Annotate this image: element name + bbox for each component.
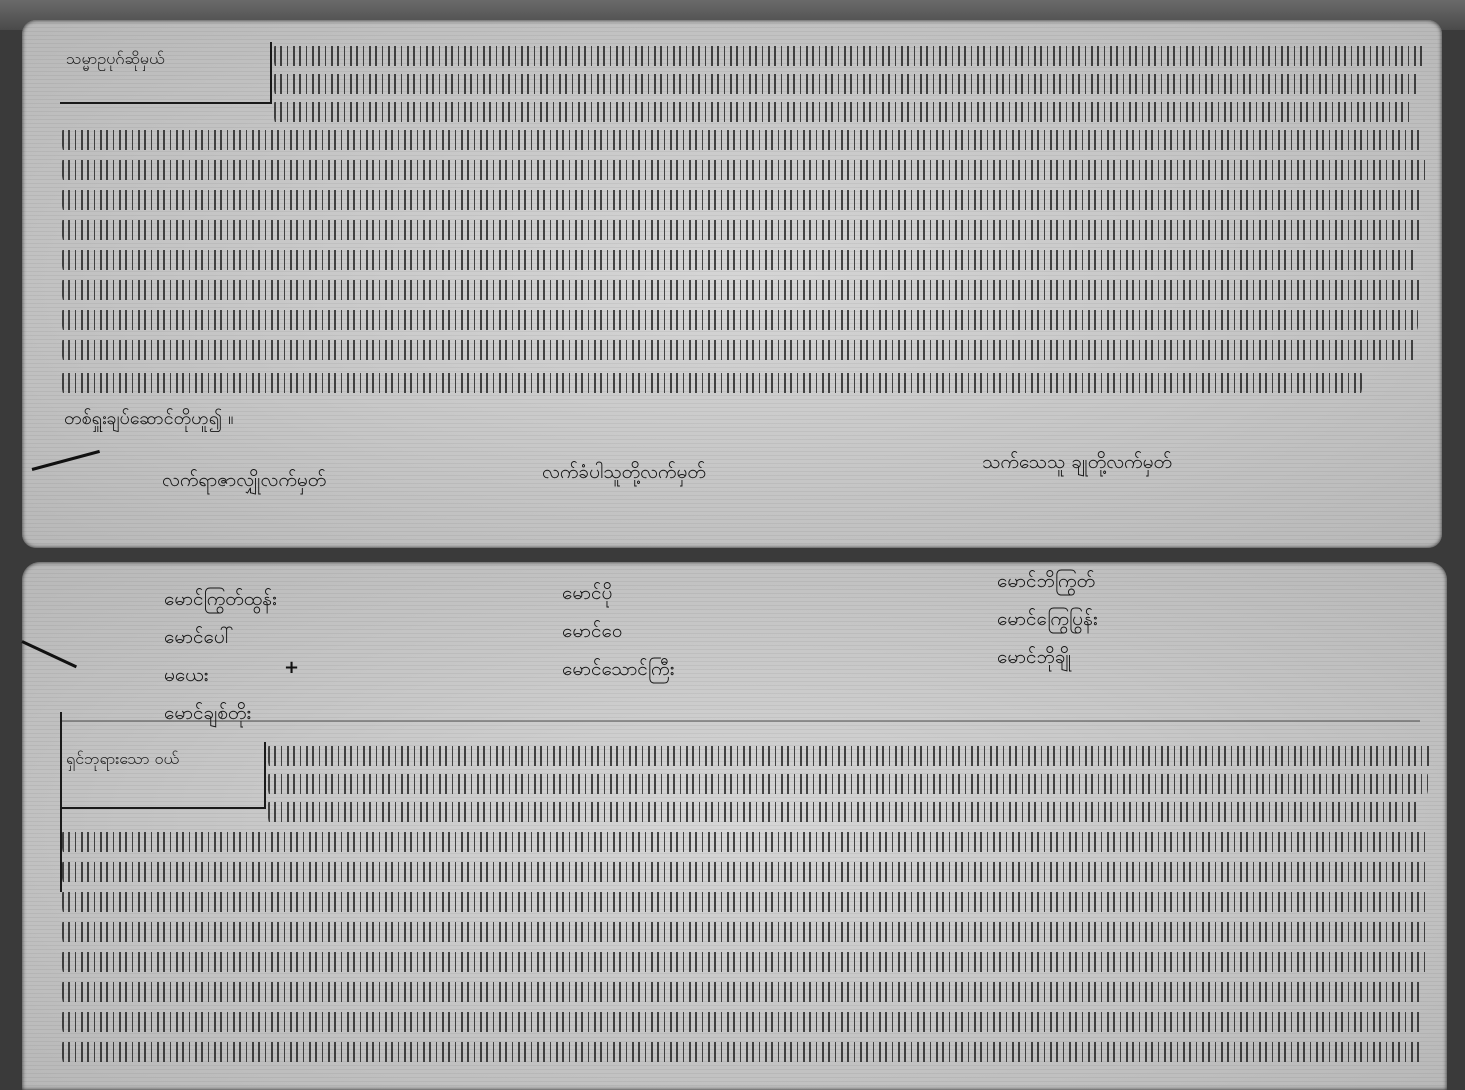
- text-line: [268, 794, 1418, 828]
- paper-damage: [32, 450, 100, 471]
- signatory-name: မောင်ချစ်တိုး: [164, 694, 277, 732]
- signatory-name: မောင်ဝေ: [562, 612, 674, 650]
- signatory-name: မောင်ကြွတ်ထွန်း: [164, 580, 277, 618]
- closing-line: တစ်ရှူးချပ်ဆောင်တိုဟူ၍ ။: [64, 406, 233, 433]
- text-line: [62, 1004, 1422, 1038]
- margin-label-box: သမ္မာဥပုဂ်ဆိုမှယ်: [60, 42, 272, 104]
- signatory-name: မောင်ဘိုချို: [997, 638, 1098, 676]
- text-line: [62, 944, 1427, 978]
- margin-label-box-lower: ရှင်ဘုရားသော ဝယ်: [60, 742, 266, 809]
- text-line: [62, 974, 1424, 1008]
- cross-mark: +: [284, 657, 299, 678]
- manuscript-leaf-upper: သမ္မာဥပုဂ်ဆိုမှယ် တစ်ရှူးချပ်ဆောင်တိုဟူ၍…: [22, 20, 1442, 548]
- column-header-1: လက်ရာဇာလျှိုလက်မှတ်: [162, 468, 326, 496]
- signatory-name: မောင်သောင်ကြီး: [562, 650, 674, 688]
- text-line: [62, 332, 1414, 366]
- margin-divider: [264, 742, 266, 809]
- margin-divider: [270, 42, 272, 104]
- margin-label: ရှင်ဘုရားသော ဝယ်: [66, 748, 179, 772]
- signatory-name: မယေး: [164, 656, 277, 694]
- signatory-name: မောင်ပေါ်: [164, 618, 277, 656]
- signatory-list-2: မောင်ပို မောင်ဝေ မောင်သောင်ကြီး: [562, 574, 674, 688]
- margin-label: သမ္မာဥပုဂ်ဆိုမှယ်: [66, 48, 164, 72]
- text-line: [62, 824, 1427, 858]
- margin-underline: [60, 102, 272, 104]
- column-header-2: လက်ခံပါသူတို့လက်မှတ်: [542, 460, 706, 488]
- signatory-name: မောင်ပို: [562, 574, 674, 612]
- signatory-list-3: မောင်ဘိကြွတ် မောင်ကြွေပြွန်း မောင်ဘိုချိ…: [997, 562, 1098, 676]
- text-line: [62, 914, 1428, 948]
- text-line: [62, 212, 1422, 246]
- signatory-list-1: မောင်ကြွတ်ထွန်း မောင်ပေါ် မယေး မောင်ချစ်…: [164, 580, 277, 732]
- text-line: [62, 854, 1430, 888]
- text-line: [62, 182, 1424, 216]
- text-line: [62, 884, 1428, 918]
- column-header-3: သက်သေသူ ချုတို့လက်မှတ်: [982, 450, 1172, 478]
- text-line: [62, 1034, 1420, 1068]
- text-line: [62, 122, 1422, 156]
- text-line: [62, 365, 1362, 399]
- text-line: [62, 272, 1420, 306]
- paper-damage: [21, 640, 77, 668]
- signatory-name: မောင်ဘိကြွတ်: [997, 562, 1098, 600]
- manuscript-leaf-lower: မောင်ကြွတ်ထွန်း မောင်ပေါ် မယေး မောင်ချစ်…: [22, 562, 1447, 1090]
- ruled-line: [60, 720, 1420, 722]
- text-line: [62, 302, 1418, 336]
- text-line: [62, 242, 1417, 276]
- signatory-name: မောင်ကြွေပြွန်း: [997, 600, 1098, 638]
- text-line: [62, 152, 1427, 186]
